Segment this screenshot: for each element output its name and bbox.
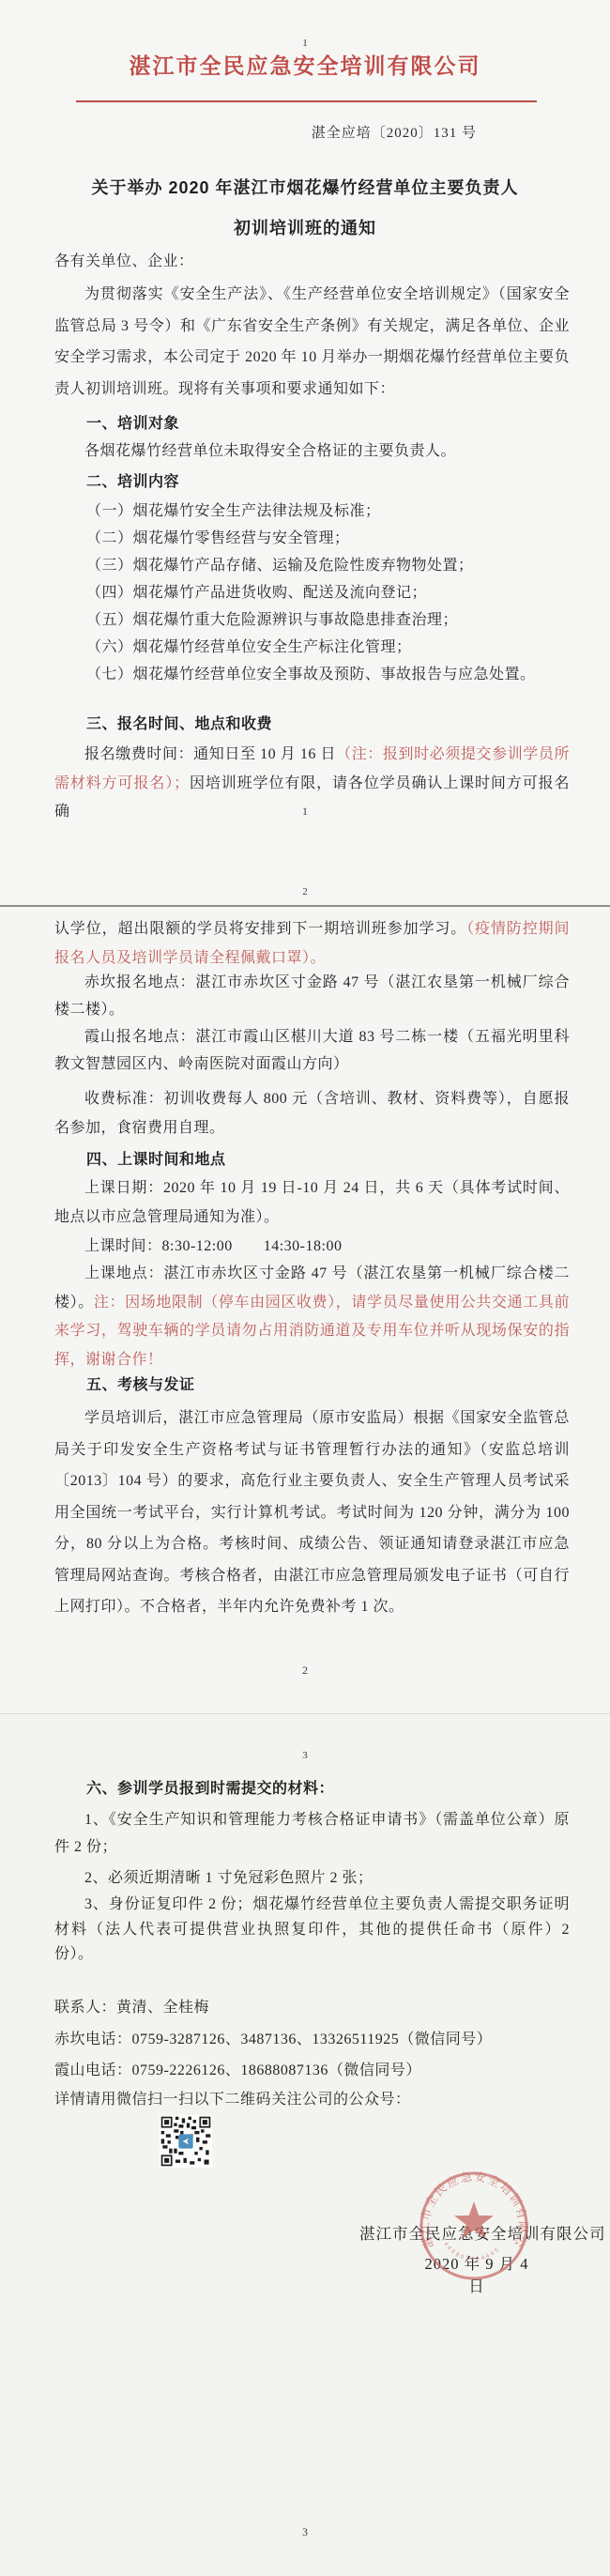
contact-persons: 联系人：黄清、全桂梅 <box>54 1994 209 2021</box>
section5-heading: 五、考核与发证 <box>86 1372 195 1394</box>
scanned-notice-document: 1 湛江市全民应急安全培训有限公司 湛全应培〔2020〕131 号 关于举办 2… <box>0 0 610 2576</box>
section2-heading: 二、培训内容 <box>86 469 179 491</box>
section1-body: 各烟花爆竹经营单位未取得安全合格证的主要负责人。 <box>54 437 570 465</box>
org-letterhead: 湛江市全民应急安全培训有限公司 <box>0 49 610 80</box>
fee-paragraph: 收费标准：初训收费每人 800 元（含培训、教材、资料费等），自愿报名参加，食宿… <box>54 1085 570 1142</box>
training-content-list: （一）烟花爆竹安全生产法律法规及标准； （二）烟花爆竹零售经营与安全管理； （三… <box>86 498 570 688</box>
section6-heading: 六、参训学员报到时需提交的材料： <box>86 1776 334 1798</box>
class-time: 上课时间：8:30-12:00 14:30-18:00 <box>54 1233 570 1260</box>
section5-body: 学员培训后，湛江市应急管理局（原市安监局）根据《国家安全监管总局关于印发安全生产… <box>54 1403 570 1623</box>
xiashan-phone: 霞山电话：0759-2226126、18688087136（微信同号） <box>54 2057 421 2084</box>
material-item-3: 3、身份证复印件 2 份；烟花爆竹经营单位主要负责人需提交职务证明材料（法人代表… <box>54 1893 570 1968</box>
seal-star-icon <box>454 2201 494 2239</box>
continuation-paragraph: 认学位，超出限额的学员将安排到下一期培训班参加学习。（疫情防控期间报名人员及培训… <box>54 915 570 973</box>
s3-black-segment: 报名缴费时间：通知日至 10 月 16 日 <box>84 746 336 762</box>
seal-number-text: 440803404445 <box>442 2241 501 2262</box>
page3-top-marker: 3 <box>0 1750 610 1761</box>
material-item-1: 1、《安全生产知识和管理能力考核合格证申请书》（需盖单位公章）原件 2 份； <box>54 1806 570 1861</box>
doc-number: 湛全应培〔2020〕131 号 <box>312 122 477 142</box>
page-2: 认学位，超出限额的学员将安排到下一期培训班参加学习。（疫情防控期间报名人员及培训… <box>0 907 610 1714</box>
list-item: （四）烟花爆竹产品进货收购、配送及流向登记； <box>86 579 570 606</box>
place-red-note: 注：因场地限制（停车由园区收费），请学员尽量使用公共交通工具前来学习，驾驶车辆的… <box>54 1295 570 1368</box>
section4-heading: 四、上课时间和地点 <box>86 1147 226 1169</box>
page3-number: 3 <box>0 2525 610 2539</box>
doc-title-line1: 关于举办 2020 年湛江市烟花爆竹经营单位主要负责人 <box>0 175 610 199</box>
class-date: 上课日期：2020 年 10 月 19 日-10 月 24 日，共 6 天（具体… <box>54 1174 570 1232</box>
page-3: 3 六、参训学员报到时需提交的材料： 1、《安全生产知识和管理能力考核合格证申请… <box>0 1714 610 2576</box>
page2-number: 2 <box>0 1664 610 1678</box>
qr-hint: 详情请用微信扫一扫以下二维码关注公司的公众号： <box>54 2086 411 2113</box>
wechat-qr-code <box>160 2115 212 2168</box>
page2-top-marker: 2 <box>0 886 610 897</box>
page-1: 1 湛江市全民应急安全培训有限公司 湛全应培〔2020〕131 号 关于举办 2… <box>0 0 610 907</box>
list-item: （六）烟花爆竹经营单位安全生产标注化管理； <box>86 634 570 661</box>
page1-top-marker: 1 <box>0 38 610 49</box>
doc-title-line2: 初训培训班的通知 <box>0 215 610 239</box>
section1-heading: 一、培训对象 <box>86 411 179 433</box>
class-place-paragraph: 上课地点：湛江市赤坎区寸金路 47 号（湛江农垦第一机械厂综合楼二楼）。注：因场… <box>54 1260 570 1374</box>
list-item: （二）烟花爆竹零售经营与安全管理； <box>86 525 570 552</box>
page1-number: 1 <box>0 805 610 819</box>
section3-heading: 三、报名时间、地点和收费 <box>86 712 272 733</box>
svg-text:440803404445: 440803404445 <box>442 2241 501 2262</box>
cont-black-segment: 认学位，超出限额的学员将安排到下一期培训班参加学习。 <box>54 921 466 937</box>
intro-paragraph: 为贯彻落实《安全生产法》、《生产经营单位安全培训规定》（国家安全监管总局 3 号… <box>54 279 570 405</box>
salutation: 各有关单位、企业： <box>54 248 194 275</box>
chikan-phone: 赤坎电话：0759-3287126、3487136、13326511925（微信… <box>54 2026 492 2053</box>
material-item-2: 2、必须近期清晰 1 寸免冠彩色照片 2 张； <box>54 1864 570 1892</box>
list-item: （七）烟花爆竹经营单位安全事故及预防、事故报告与应急处置。 <box>86 661 570 688</box>
chikan-address: 赤坎报名地点：湛江市赤坎区寸金路 47 号（湛江农垦第一机械厂综合楼二楼）。 <box>54 969 570 1023</box>
company-seal-stamp: 湛江市全民应急安全培训有限公司 440803404445 <box>416 2168 532 2284</box>
letterhead-rule <box>76 100 537 102</box>
xiashan-address: 霞山报名地点：湛江市霞山区椹川大道 83 号二栋一楼（五福光明里科教文智慧园区内… <box>54 1023 570 1078</box>
list-item: （五）烟花爆竹重大危险源辨识与事故隐患排查治理； <box>86 606 570 634</box>
list-item: （三）烟花爆竹产品存储、运输及危险性废弃物物处置； <box>86 552 570 579</box>
list-item: （一）烟花爆竹安全生产法律法规及标准； <box>86 498 570 525</box>
